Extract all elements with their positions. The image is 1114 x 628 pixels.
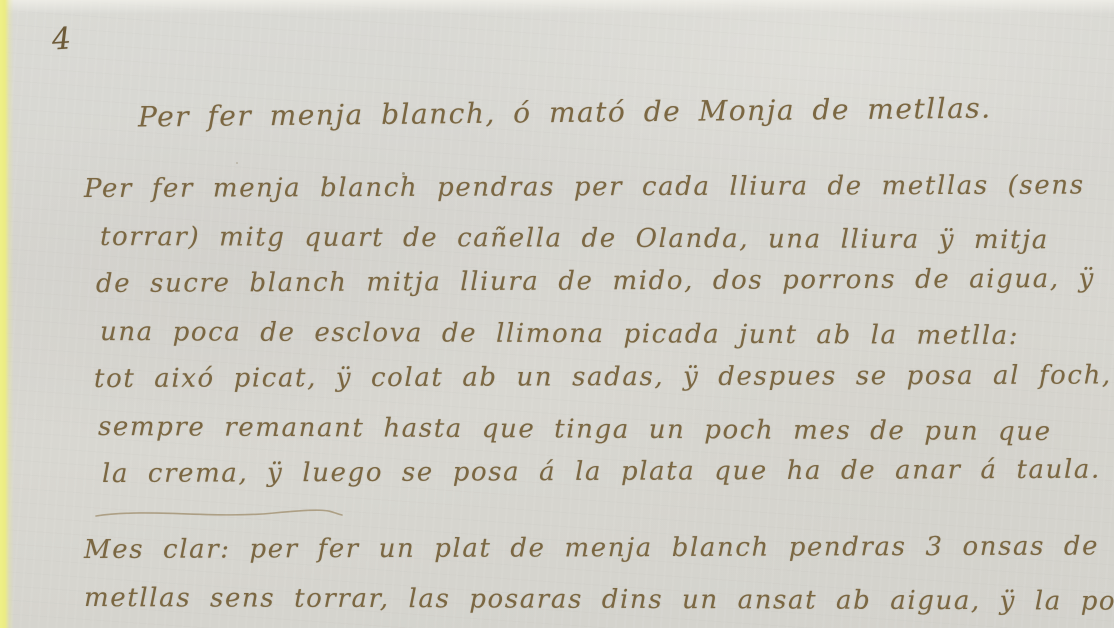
recipe-title: Per fer menja blanch, ó mató de Monja de… bbox=[138, 92, 992, 134]
paragraph-recipe-main: Per fer menja blanch pendras per cada ll… bbox=[84, 166, 1114, 499]
page-number: 4 bbox=[51, 21, 72, 57]
paper-top-sheen bbox=[0, 0, 1114, 14]
text-line: de sucre blanch mitja lliura de mido, do… bbox=[96, 255, 1114, 308]
manuscript-page: 4 Per fer menja blanch, ó mató de Monja … bbox=[0, 0, 1114, 628]
ink-speck bbox=[236, 162, 238, 164]
text-line: Mes clar: per fer un plat de menja blanc… bbox=[84, 523, 1114, 574]
ink-underline-flourish bbox=[94, 506, 344, 522]
text-line: metllas sens torrar, las posaras dins un… bbox=[84, 575, 1114, 626]
text-line: la crema, ÿ luego se posa á la plata que… bbox=[102, 446, 1114, 498]
text-line: tot aixó picat, ÿ colat ab un sadas, ÿ d… bbox=[94, 352, 1114, 403]
text-line: Per fer menja blanch pendras per cada ll… bbox=[84, 162, 1114, 213]
paragraph-recipe-clarified: Mes clar: per fer un plat de menja blanc… bbox=[84, 527, 1114, 622]
scan-edge-strip bbox=[0, 0, 14, 628]
ink-speck bbox=[402, 172, 405, 175]
